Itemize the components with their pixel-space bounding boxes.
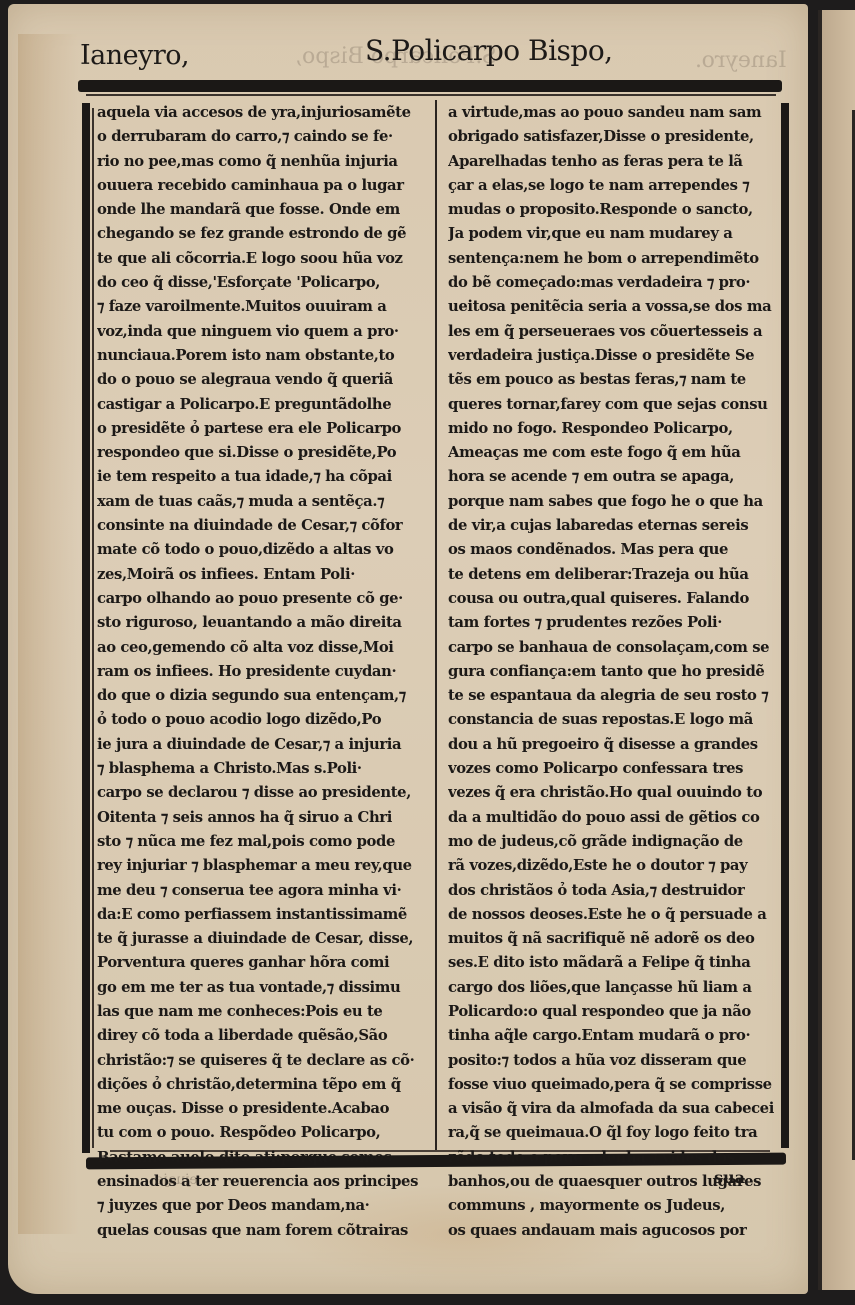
text-line: da a multidão do pouo assi de gẽtios co — [448, 806, 781, 830]
text-line: do ceo q̃ disse,'Esforçate 'Policarpo, — [97, 271, 430, 295]
text-line: xam de tuas caãs,⁊ muda a sentẽça.⁊ — [97, 490, 430, 514]
text-line: dos christãos ỏ toda Asia,⁊ destruidor — [448, 879, 781, 903]
text-line: ensinados a ter reuerencia aos principes — [97, 1170, 430, 1194]
text-line: zes,Moirã os infiees. Entam Poli· — [97, 563, 430, 587]
text-line: nunciaua.Porem isto nam obstante,to — [97, 344, 430, 368]
text-line: chegando se fez grande estrondo de gẽ — [97, 222, 430, 246]
text-line: muitos q̃ nã sacrifiquẽ nẽ adorẽ os deo — [448, 927, 781, 951]
text-line: respondeo que si.Disse o presidẽte,Po — [97, 441, 430, 465]
text-line: carpo se banhaua de consolaçam,com se — [448, 636, 781, 660]
text-line: ueitosa penitẽcia seria a vossa,se dos m… — [448, 295, 781, 319]
text-line: ouuera recebido caminhaua pa o lugar — [97, 174, 430, 198]
top-border-thin-rule — [86, 94, 776, 96]
text-line: os quaes andauam mais agucosos por — [448, 1219, 781, 1243]
right-border-rule — [781, 103, 789, 1148]
text-line: fosse viuo queimado,pera q̃ se comprisse — [448, 1073, 781, 1097]
column-divider — [435, 100, 437, 1150]
text-line: rey injuriar ⁊ blasphemar a meu rey,que — [97, 854, 430, 878]
text-line: ⁊ blasphema a Christo.Mas s.Poli· — [97, 757, 430, 781]
text-line: verdadeira justiça.Disse o presidẽte Se — [448, 344, 781, 368]
text-line: Oitenta ⁊ seis annos ha q̃ siruo a Chri — [97, 806, 430, 830]
catchword: sua — [714, 1168, 745, 1187]
text-line: de vir,a cujas labaredas eternas sereis — [448, 514, 781, 538]
text-line: tam fortes ⁊ prudentes rezões Poli· — [448, 611, 781, 635]
left-border-rule — [82, 103, 90, 1153]
text-line: Aparelhadas tenho as feras pera te lã — [448, 150, 781, 174]
text-line: Bastame auelo dito ati:porque somos — [97, 1146, 430, 1170]
text-line: carpo olhando ao pouo presente cõ ge· — [97, 587, 430, 611]
text-line: ⁊ faze varoilmente.Muitos ouuiram a — [97, 295, 430, 319]
text-line: ỏ todo o pouo acodio logo dizẽdo,Po — [97, 708, 430, 732]
text-line: zẽdo todo o pouo a lenha ⁊ vides dos — [448, 1146, 781, 1170]
show-through-signature: ejuaje — [155, 1172, 198, 1188]
text-line: o presidẽte ỏ partese era ele Policarpo — [97, 417, 430, 441]
text-line: sto ⁊ nũca me fez mal,pois como pode — [97, 830, 430, 854]
text-line: ses.E dito isto mãdarã a Felipe q̃ tinha — [448, 951, 781, 975]
text-line: castigar a Policarpo.E preguntãdolhe — [97, 393, 430, 417]
text-line: ram os infiees. Ho presidente cuydan· — [97, 660, 430, 684]
text-line: cousa ou outra,qual quiseres. Falando — [448, 587, 781, 611]
text-line: o derrubaram do carro,⁊ caindo se fe· — [97, 125, 430, 149]
text-line: do bẽ começado:mas verdadeira ⁊ pro· — [448, 271, 781, 295]
text-line: ao ceo,gemendo cõ alta voz disse,Moi — [97, 636, 430, 660]
text-line: te detens em deliberar:Trazeja ou hũa — [448, 563, 781, 587]
text-column-right: a virtude,mas ao pouo sandeu nam samobri… — [448, 101, 781, 1243]
text-line: dou a hũ pregoeiro q̃ disesse a grandes — [448, 733, 781, 757]
text-line: de nossos deoses.Este he o q̃ persuade a — [448, 903, 781, 927]
text-line: ⁊ juyzes que por Deos mandam,na· — [97, 1194, 430, 1218]
text-line: tẽs em pouco as bestas feras,⁊ nam te — [448, 368, 781, 392]
text-line: mudas o proposito.Responde o sancto, — [448, 198, 781, 222]
text-line: gura confiança:em tanto que ho presidẽ — [448, 660, 781, 684]
running-head-title: S.Policarpo Bispo, — [365, 34, 613, 67]
text-line: tu com o pouo. Respõdeo Policarpo, — [97, 1121, 430, 1145]
text-line: os maos condẽnados. Mas pera que — [448, 538, 781, 562]
text-line: queres tornar,farey com que sejas consu — [448, 393, 781, 417]
text-line: me deu ⁊ conserua tee agora minha vi· — [97, 879, 430, 903]
text-line: posito:⁊ todos a hũa voz disseram que — [448, 1049, 781, 1073]
text-line: te q̃ jurasse a diuindade de Cesar, diss… — [97, 927, 430, 951]
text-line: dições ỏ christão,determina tẽpo em q̃ — [97, 1073, 430, 1097]
text-line: las que nam me conheces:Pois eu te — [97, 1000, 430, 1024]
text-line: tinha aq̃le cargo.Entam mudarã o pro· — [448, 1024, 781, 1048]
text-line: da:E como perfiassem instantissimamẽ — [97, 903, 430, 927]
text-line: mo de judeus,cõ grãde indignação de — [448, 830, 781, 854]
text-line: a virtude,mas ao pouo sandeu nam sam — [448, 101, 781, 125]
text-line: cargo dos liões,que lançasse hũ liam a — [448, 976, 781, 1000]
text-line: rã vozes,dizẽdo,Este he o doutor ⁊ pay — [448, 854, 781, 878]
text-line: Ameaças me com este fogo q̃ em hũa — [448, 441, 781, 465]
text-line: mido no fogo. Respondeo Policarpo, — [448, 417, 781, 441]
text-line: mate cõ todo o pouo,dizẽdo a altas vo — [97, 538, 430, 562]
text-line: quelas cousas que nam forem cõtrairas — [97, 1219, 430, 1243]
text-line: ie tem respeito a tua idade,⁊ ha cõpai — [97, 465, 430, 489]
text-line: Porventura queres ganhar hõra comi — [97, 951, 430, 975]
text-line: ra,q̃ se queimaua.O q̃l foy logo feito t… — [448, 1121, 781, 1145]
text-line: do que o dizia segundo sua entençam,⁊ — [97, 684, 430, 708]
text-line: go em me ter as tua vontade,⁊ dissimu — [97, 976, 430, 1000]
text-line: hora se acende ⁊ em outra se apaga, — [448, 465, 781, 489]
text-line: onde lhe mandarã que fosse. Onde em — [97, 198, 430, 222]
text-line: Ja podem vir,que eu nam mudarey a — [448, 222, 781, 246]
text-line: consinte na diuindade de Cesar,⁊ cõfor — [97, 514, 430, 538]
text-line: me ouças. Disse o presidente.Acabao — [97, 1097, 430, 1121]
top-border-rule — [78, 80, 782, 92]
text-line: les em q̃ perseueraes vos cõuertesseis a — [448, 320, 781, 344]
text-line: a visão q̃ vira da almofada da sua cabec… — [448, 1097, 781, 1121]
text-line: porque nam sabes que fogo he o que ha — [448, 490, 781, 514]
text-column-left: aquela via accesos de yra,injuriosamẽteo… — [97, 101, 430, 1243]
text-line: ie jura a diuindade de Cesar,⁊ a injuria — [97, 733, 430, 757]
text-line: aquela via accesos de yra,injuriosamẽte — [97, 101, 430, 125]
text-line: communs , mayormente os Judeus, — [448, 1194, 781, 1218]
text-line: christão:⁊ se quiseres q̃ te declare as … — [97, 1049, 430, 1073]
text-line: çar a elas,se logo te nam arrependes ⁊ — [448, 174, 781, 198]
left-border-thin-rule — [92, 108, 94, 1148]
show-through-text: Ianeyro. — [695, 48, 787, 73]
text-line: voz,inda que ninguem vio quem a pro· — [97, 320, 430, 344]
text-line: te se espantaua da alegria de seu rosto … — [448, 684, 781, 708]
text-line: sto riguroso, leuantando a mão direita — [97, 611, 430, 635]
facing-page-edge — [818, 10, 855, 1290]
text-line: rio no pee,mas como q̃ nenhũa injuria — [97, 150, 430, 174]
page-header: S.Policarpo Bispo, Ianeyro. Ianeyro, S.P… — [80, 32, 780, 72]
text-line: te que ali cõcorria.E logo soou hũa voz — [97, 247, 430, 271]
text-line: vozes como Policarpo confessara tres — [448, 757, 781, 781]
text-line: vezes q̃ era christão.Ho qual ouuindo to — [448, 781, 781, 805]
text-line: constancia de suas repostas.E logo mã — [448, 708, 781, 732]
text-line: carpo se declarou ⁊ disse ao presidente, — [97, 781, 430, 805]
text-line: Policardo:o qual respondeo que ja não — [448, 1000, 781, 1024]
text-line: sentença:nem he bom o arrependimẽto — [448, 247, 781, 271]
text-line: do o pouo se alegraua vendo q̃ queriã — [97, 368, 430, 392]
running-head-month: Ianeyro, — [80, 40, 189, 71]
text-line: obrigado satisfazer,Disse o presidente, — [448, 125, 781, 149]
text-line: direy cõ toda a liberdade quẽsão,São — [97, 1024, 430, 1048]
